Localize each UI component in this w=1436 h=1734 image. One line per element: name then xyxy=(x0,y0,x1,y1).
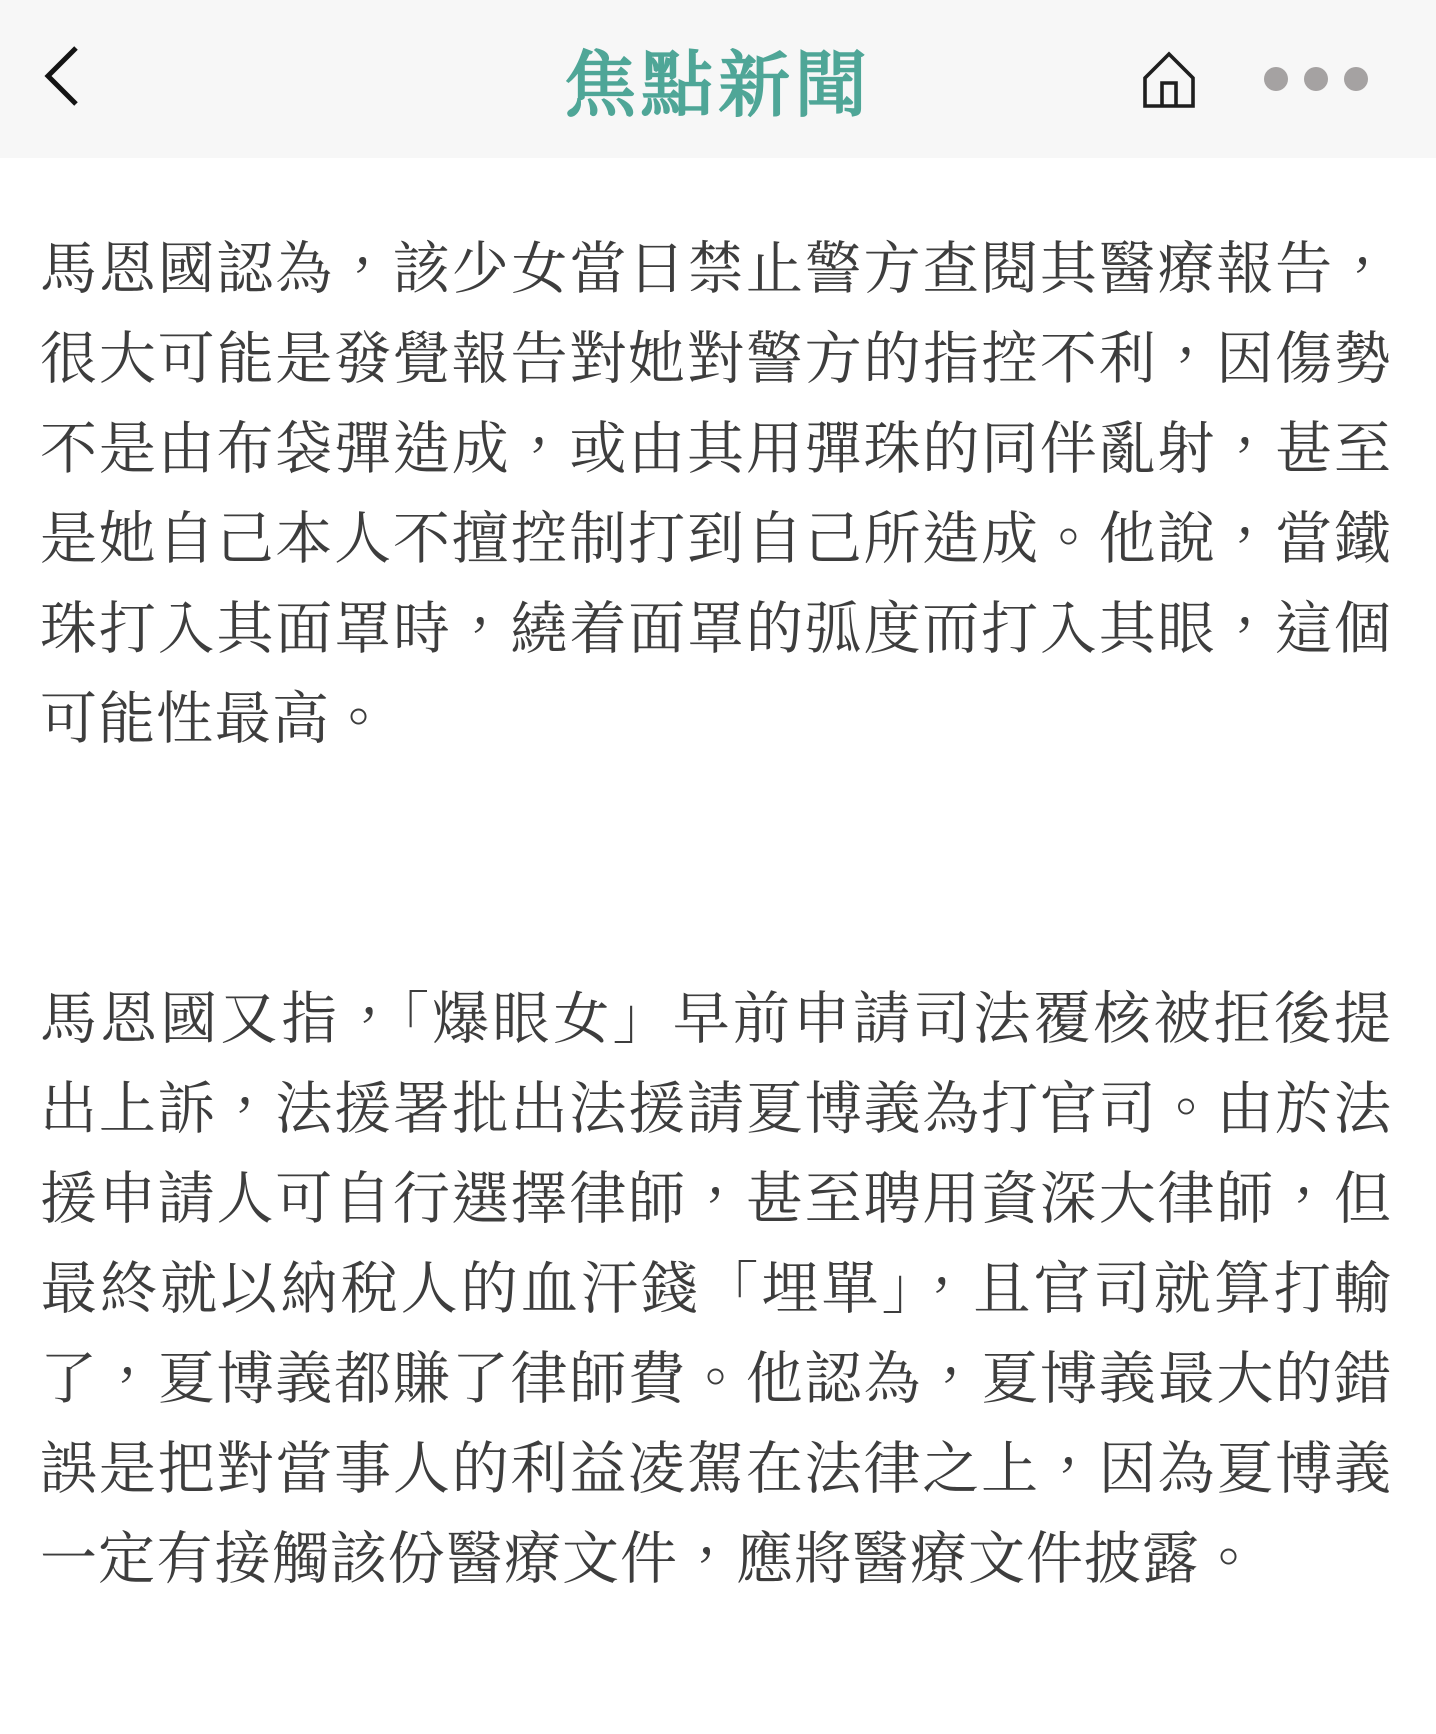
home-button[interactable] xyxy=(1136,46,1202,112)
article-body: 馬恩國認為，該少女當日禁止警方查閱其醫療報告，很大可能是發覺報告對她對警方的指控… xyxy=(0,158,1436,1604)
header-bar: 焦點新聞 xyxy=(0,0,1436,158)
app-screen: 焦點新聞 馬恩國認為，該少女當日禁止警方查閱其醫療報告，很大可能是發覺報告對她對… xyxy=(0,0,1436,1734)
home-icon xyxy=(1137,47,1201,111)
more-menu-button[interactable] xyxy=(1260,47,1372,111)
article-paragraph: 馬恩國認為，該少女當日禁止警方查閱其醫療報告，很大可能是發覺報告對她對警方的指控… xyxy=(40,224,1392,764)
ellipsis-icon xyxy=(1264,67,1368,91)
back-button[interactable] xyxy=(26,28,98,124)
header-actions xyxy=(1136,0,1372,158)
chevron-left-icon xyxy=(44,45,80,107)
article-paragraph: 馬恩國又指，「爆眼女」早前申請司法覆核被拒後提出上訴，法援署批出法援請夏博義為打… xyxy=(40,974,1392,1604)
